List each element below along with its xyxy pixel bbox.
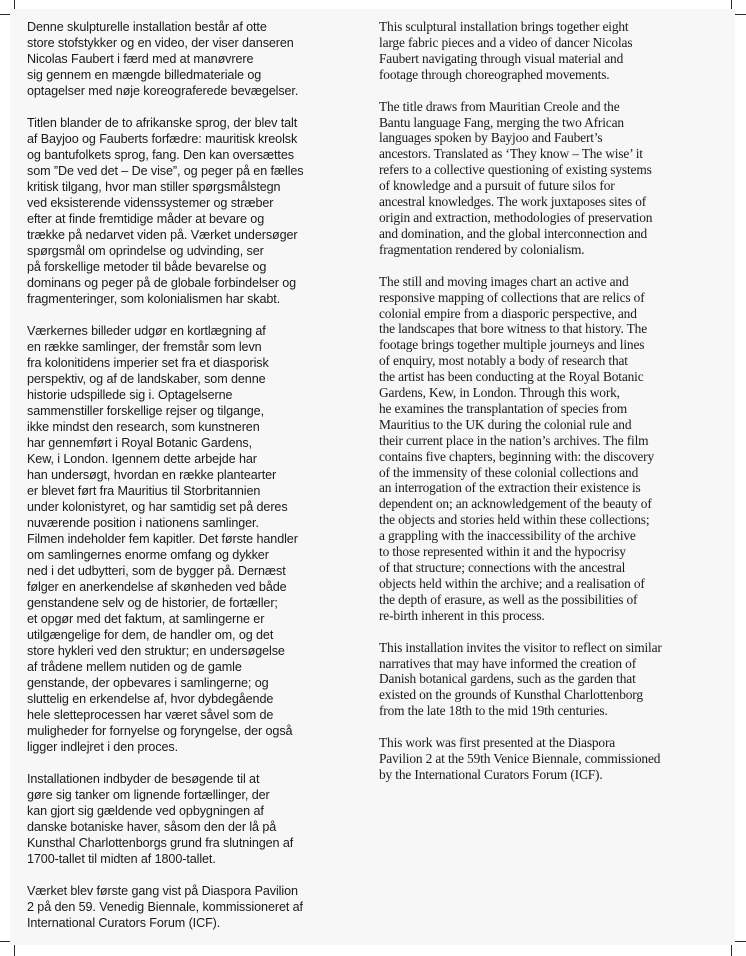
danish-paragraph: Denne skulpturelle installation består a… — [27, 19, 367, 99]
crop-mark-bottom-left-horizontal — [0, 941, 10, 942]
english-paragraph: The still and moving images chart an act… — [379, 274, 729, 624]
danish-paragraph: Titlen blander de to afrikanske sprog, d… — [27, 115, 367, 307]
crop-mark-bottom-right-vertical — [731, 945, 732, 956]
danish-paragraph: Værket blev første gang vist på Diaspora… — [27, 883, 367, 931]
crop-mark-top-right-horizontal — [735, 14, 746, 15]
english-paragraph: This work was first presented at the Dia… — [379, 735, 729, 783]
crop-mark-top-left-horizontal — [0, 14, 10, 15]
english-paragraph: This sculptural installation brings toge… — [379, 19, 729, 83]
danish-paragraph: Værkernes billeder udgør en kortlægning … — [27, 323, 367, 755]
english-paragraph: The title draws from Mauritian Creole an… — [379, 99, 729, 258]
english-paragraph: This installation invites the visitor to… — [379, 640, 729, 720]
english-text-column: This sculptural installation brings toge… — [379, 19, 729, 799]
danish-text-column: Denne skulpturelle installation består a… — [27, 19, 367, 947]
crop-mark-top-left-vertical — [14, 0, 15, 9]
crop-mark-bottom-left-vertical — [14, 945, 15, 956]
crop-mark-top-right-vertical — [731, 0, 732, 9]
danish-paragraph: Installationen indbyder de besøgende til… — [27, 771, 367, 867]
crop-mark-bottom-right-horizontal — [735, 941, 746, 942]
